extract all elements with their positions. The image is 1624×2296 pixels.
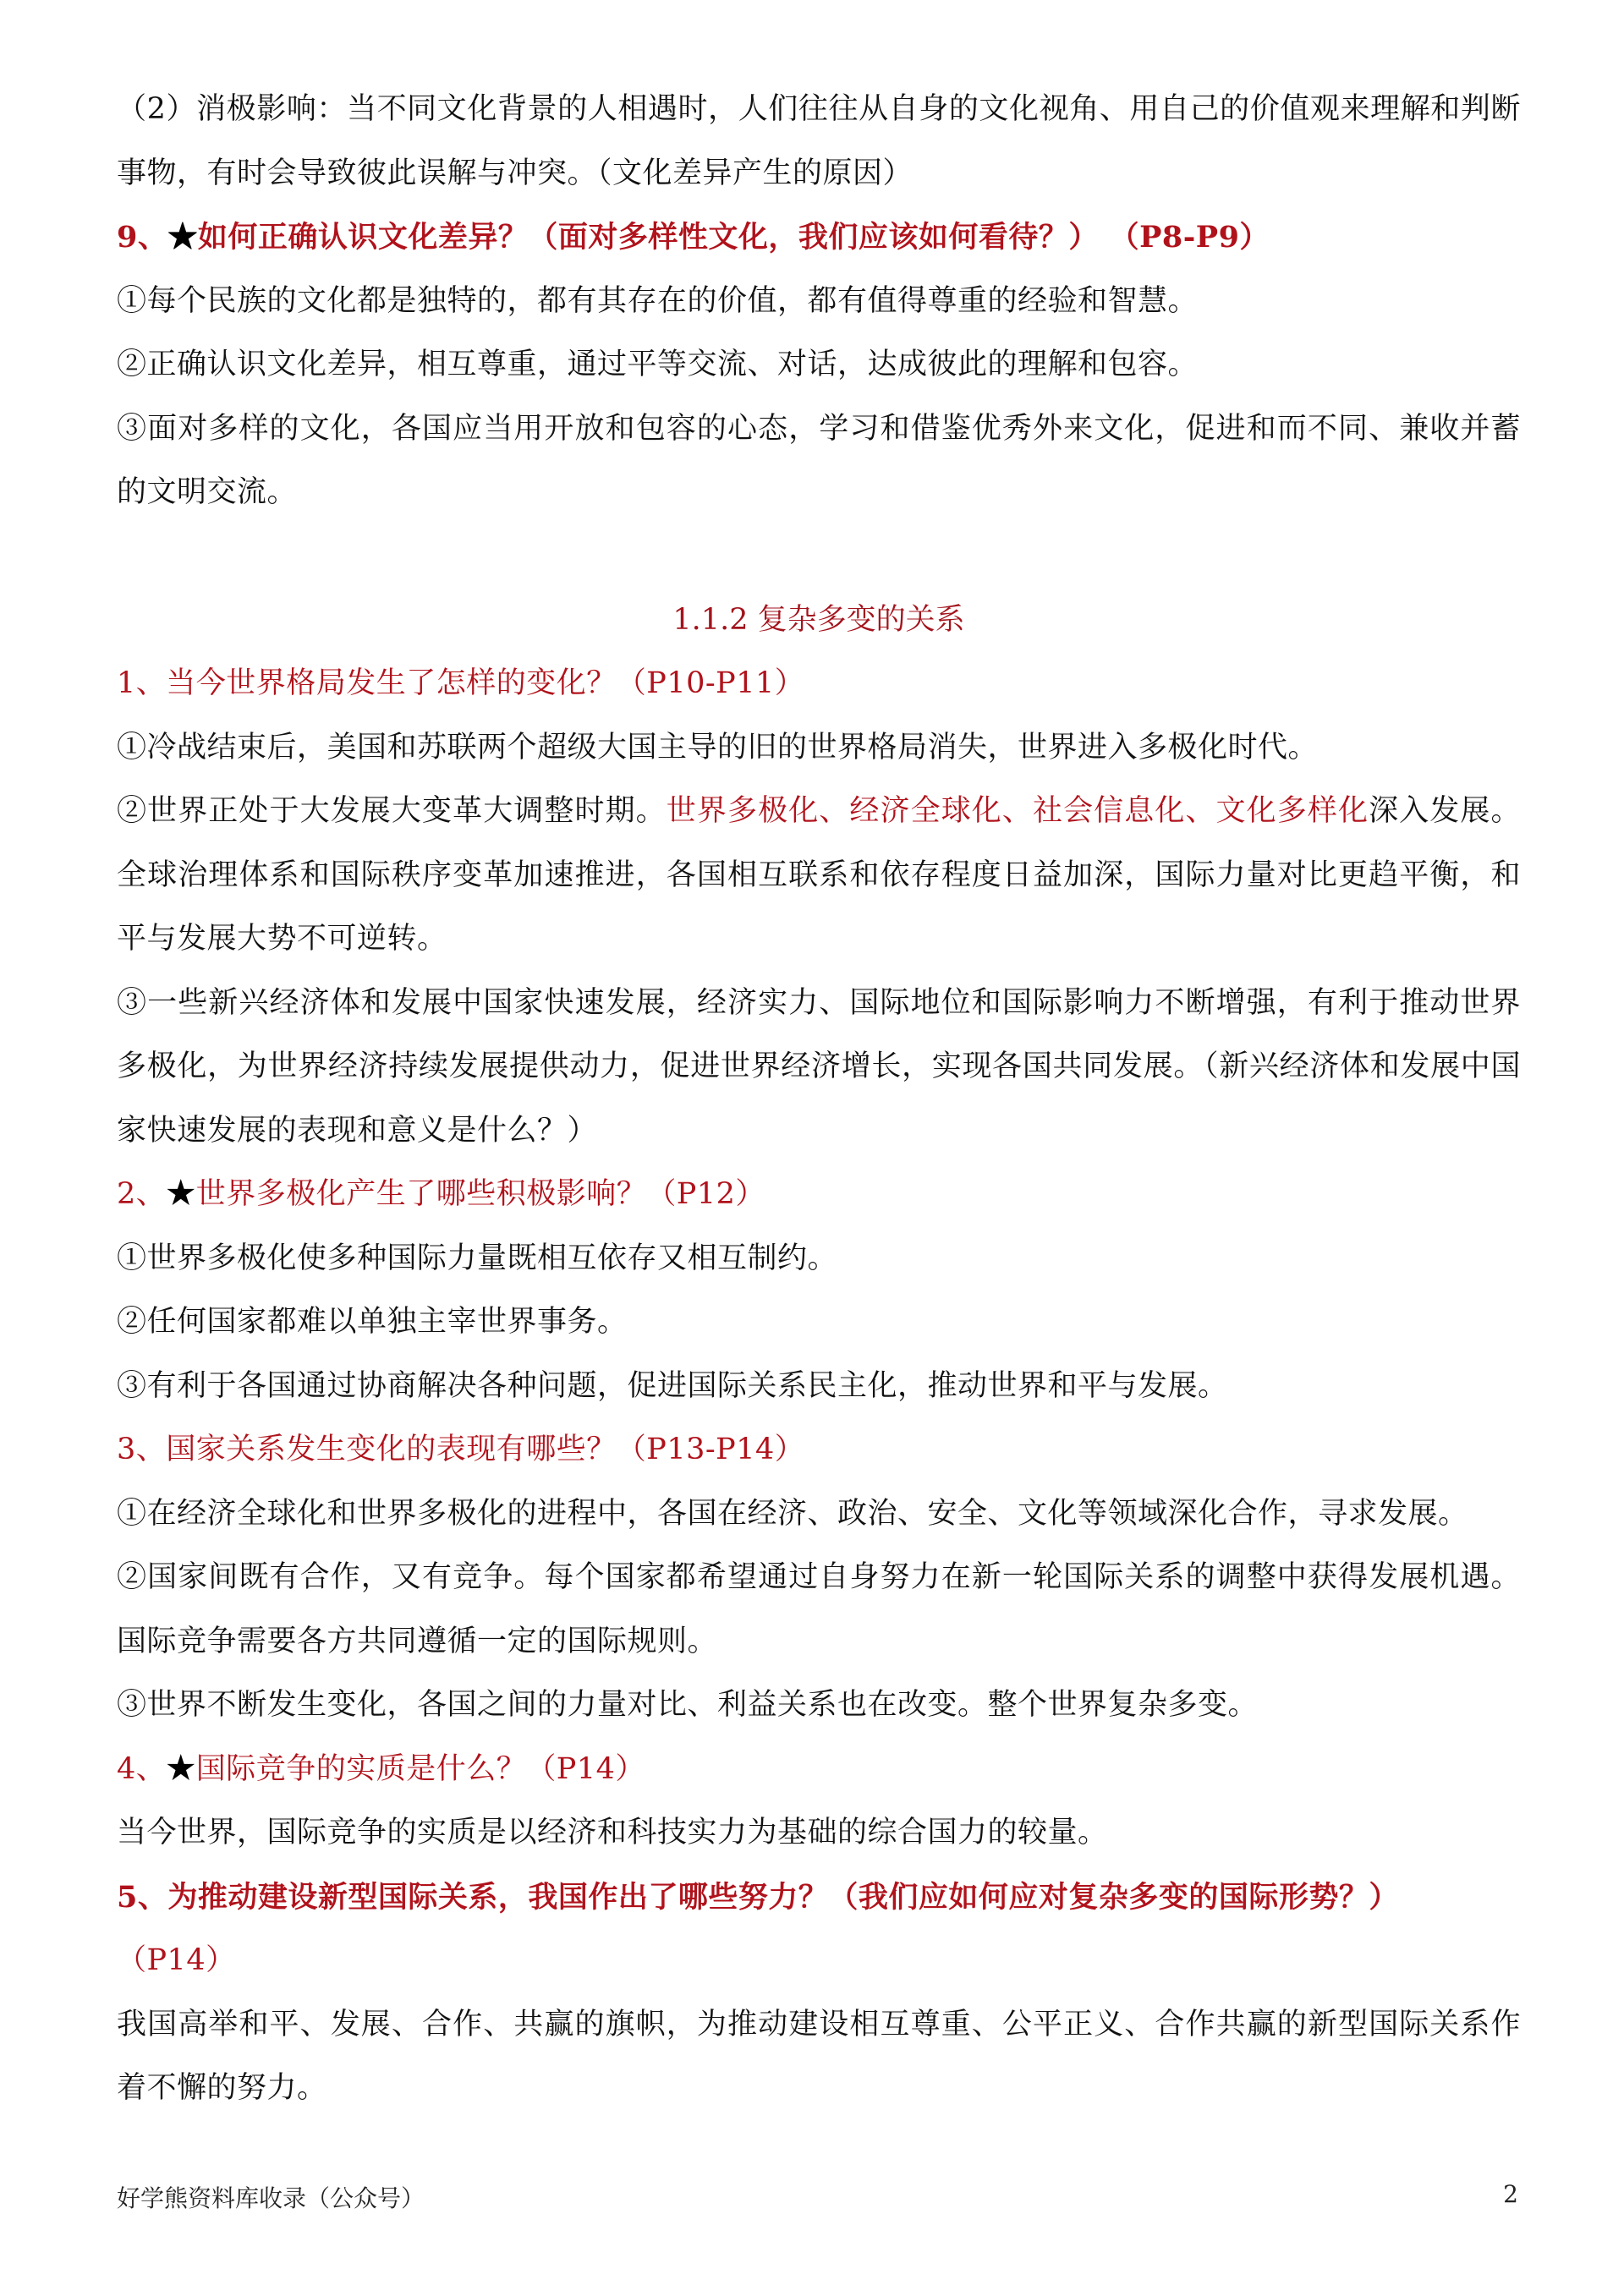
q9-item-3: ③面对多样的文化，各国应当用开放和包容的心态，学习和借鉴优秀外来文化，促进和而不…: [117, 397, 1521, 525]
question-1-heading: 1、当今世界格局发生了怎样的变化？（P10-P11）: [117, 652, 1521, 716]
question-number: 2、: [117, 1177, 166, 1211]
s2-item-2: ②任何国家都难以单独主宰世界事务。: [117, 1290, 1521, 1355]
highlight-text: 世界多极化、经济全球化、社会信息化、文化多样化: [667, 794, 1369, 828]
s2-item-1: ①世界多极化使多种国际力量既相互依存又相互制约。: [117, 1227, 1521, 1291]
q9-item-1: ①每个民族的文化都是独特的，都有其存在的价值，都有值得尊重的经验和智慧。: [117, 270, 1521, 334]
question-2-heading: 2、★世界多极化产生了哪些积极影响？（P12）: [117, 1163, 1521, 1227]
question-9-heading: 9、★如何正确认识文化差异？（面对多样性文化，我们应该如何看待？） （P8-P9…: [117, 205, 1521, 270]
s3-item-2: ②国家间既有合作，又有竞争。每个国家都希望通过自身努力在新一轮国际关系的调整中获…: [117, 1546, 1521, 1674]
document-page: （2）消极影响：当不同文化背景的人相遇时，人们往往从自身的文化视角、用自己的价值…: [117, 78, 1521, 2121]
s1-item-2-pre: ②世界正处于大发展大变革大调整时期。: [117, 794, 667, 828]
s1-item-3: ③一些新兴经济体和发展中国家快速发展，经济实力、国际地位和国际影响力不断增强，有…: [117, 972, 1521, 1164]
footer-source: 好学熊资料库收录（公众号）: [117, 2180, 425, 2214]
s1-item-1: ①冷战结束后，美国和苏联两个超级大国主导的旧的世界格局消失，世界进入多极化时代。: [117, 716, 1521, 781]
question-title: 如何正确认识文化差异？（面对多样性文化，我们应该如何看待？） （P8-P9）: [198, 220, 1270, 255]
section-title: 1.1.2 复杂多变的关系: [117, 589, 1521, 653]
star-icon: ★: [166, 1177, 196, 1211]
question-number: 4、: [117, 1752, 166, 1786]
question-title: 国际竞争的实质是什么？（P14）: [196, 1752, 645, 1786]
question-number: 9、: [117, 220, 167, 255]
question-5-heading: 5、为推动建设新型国际关系，我国作出了哪些努力？（我们应如何应对复杂多变的国际形…: [117, 1866, 1521, 1930]
spacer: [117, 525, 1521, 589]
s3-item-1: ①在经济全球化和世界多极化的进程中，各国在经济、政治、安全、文化等领域深化合作，…: [117, 1482, 1521, 1547]
question-4-heading: 4、★国际竞争的实质是什么？（P14）: [117, 1738, 1521, 1802]
q9-item-2: ②正确认识文化差异，相互尊重，通过平等交流、对话，达成彼此的理解和包容。: [117, 333, 1521, 397]
s1-item-2: ②世界正处于大发展大变革大调整时期。世界多极化、经济全球化、社会信息化、文化多样…: [117, 780, 1521, 972]
page-footer: 好学熊资料库收录（公众号） 2: [117, 2180, 1518, 2214]
star-icon: ★: [167, 220, 198, 255]
page-number: 2: [1503, 2180, 1518, 2214]
s2-item-3: ③有利于各国通过协商解决各种问题，促进国际关系民主化，推动世界和平与发展。: [117, 1355, 1521, 1419]
s4-answer: 当今世界，国际竞争的实质是以经济和科技实力为基础的综合国力的较量。: [117, 1801, 1521, 1866]
question-3-heading: 3、国家关系发生变化的表现有哪些？（P13-P14）: [117, 1418, 1521, 1482]
paragraph-negative-impact: （2）消极影响：当不同文化背景的人相遇时，人们往往从自身的文化视角、用自己的价值…: [117, 78, 1521, 205]
question-5-page-ref: （P14）: [117, 1929, 1521, 1993]
s5-answer: 我国高举和平、发展、合作、共赢的旗帜，为推动建设相互尊重、公平正义、合作共赢的新…: [117, 1993, 1521, 2121]
star-icon: ★: [166, 1752, 196, 1786]
question-title: 世界多极化产生了哪些积极影响？（P12）: [196, 1177, 765, 1211]
s3-item-3: ③世界不断发生变化，各国之间的力量对比、利益关系也在改变。整个世界复杂多变。: [117, 1674, 1521, 1738]
